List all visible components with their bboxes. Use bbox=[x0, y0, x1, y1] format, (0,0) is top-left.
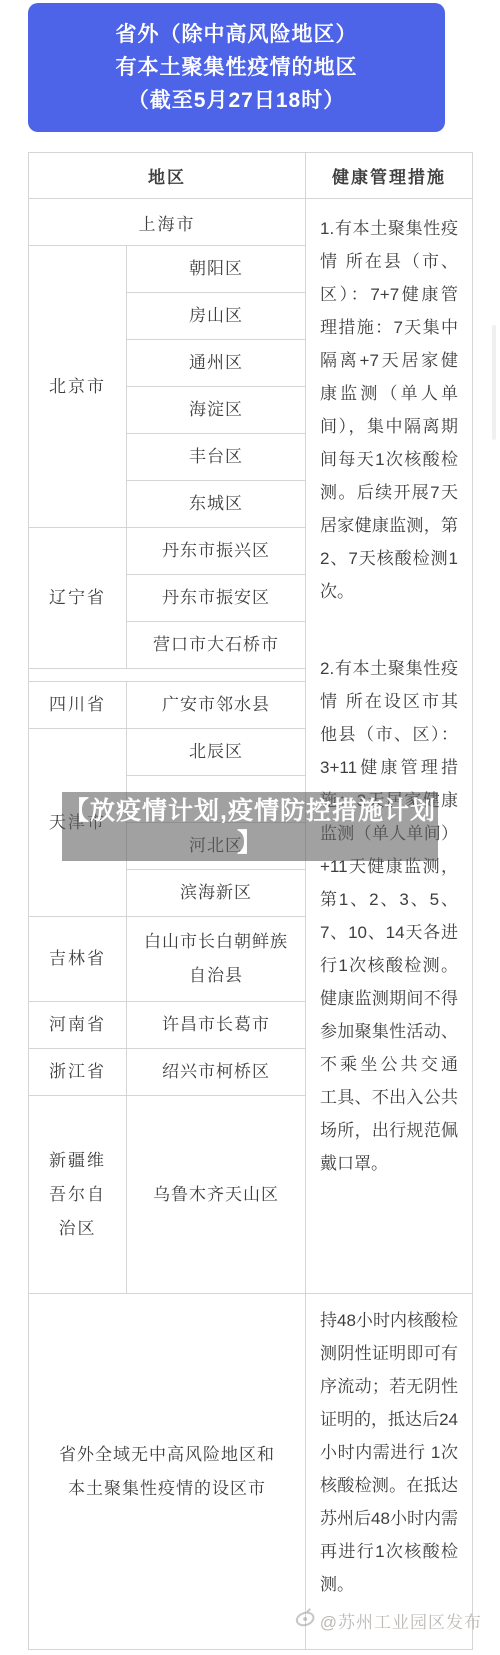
city-cell: 丹东市振安区 bbox=[127, 575, 305, 622]
province-group-zhejiang: 浙江省 绍兴市柯桥区 bbox=[29, 1049, 305, 1096]
table-header-row: 地区 健康管理措施 bbox=[29, 153, 472, 199]
province-cell: 辽宁省 bbox=[29, 528, 127, 668]
source-watermark-text: @苏州工业园区发布 bbox=[320, 1608, 482, 1633]
region-column: 上海市 北京市 朝阳区 房山区 通州区 海淀区 丰台区 东城区 辽宁省 bbox=[29, 199, 306, 1649]
measure-paragraph-1: 1.有本土聚集性疫情 所在县（市、区）：7+7健康管理措施：7天集中隔离+7天居… bbox=[320, 212, 458, 608]
province-cell: 吉林省 bbox=[29, 917, 127, 1001]
column-header-measures: 健康管理措施 bbox=[306, 153, 472, 198]
city-cell: 丰台区 bbox=[127, 434, 305, 481]
measures-column: 1.有本土聚集性疫情 所在县（市、区）：7+7健康管理措施：7天集中隔离+7天居… bbox=[306, 199, 472, 1649]
province-group-jilin: 吉林省 白山市长白朝鲜族自治县 bbox=[29, 917, 305, 1002]
province-cell: 四川省 bbox=[29, 682, 127, 728]
city-cell: 绍兴市柯桥区 bbox=[127, 1049, 305, 1095]
city-cell: 房山区 bbox=[127, 293, 305, 340]
scrollbar-thumb[interactable] bbox=[492, 325, 496, 440]
title-line-1: 省外（除中高风险地区） bbox=[116, 18, 358, 51]
province-cell: 浙江省 bbox=[29, 1049, 127, 1095]
province-cell: 河南省 bbox=[29, 1002, 127, 1048]
city-cell: 海淀区 bbox=[127, 387, 305, 434]
city-cell: 北辰区 bbox=[127, 729, 305, 776]
province-cell: 新疆维吾尔自治区 bbox=[29, 1096, 127, 1293]
city-cell: 滨海新区 bbox=[127, 870, 305, 916]
city-cell: 广安市邻水县 bbox=[127, 682, 305, 728]
city-cell: 营口市大石桥市 bbox=[127, 622, 305, 668]
province-group-liaoning: 辽宁省 丹东市振兴区 丹东市振安区 营口市大石桥市 bbox=[29, 528, 305, 669]
province-cell: 北京市 bbox=[29, 246, 127, 527]
measures-merged-cell: 1.有本土聚集性疫情 所在县（市、区）：7+7健康管理措施：7天集中隔离+7天居… bbox=[306, 199, 472, 1294]
city-cell: 朝阳区 bbox=[127, 246, 305, 293]
city-cell: 白山市长白朝鲜族自治县 bbox=[127, 917, 305, 1001]
section-divider bbox=[29, 669, 305, 682]
watermark-text-line-2: 】 bbox=[237, 827, 263, 859]
title-card: 省外（除中高风险地区） 有本土聚集性疫情的地区 （截至5月27日18时） bbox=[28, 3, 445, 132]
bottom-region-cell: 省外全域无中高风险地区和本土聚集性疫情的设区市 bbox=[29, 1294, 305, 1649]
table-body: 上海市 北京市 朝阳区 房山区 通州区 海淀区 丰台区 东城区 辽宁省 bbox=[29, 199, 472, 1649]
province-group-henan: 河南省 许昌市长葛市 bbox=[29, 1002, 305, 1049]
region-table: 地区 健康管理措施 上海市 北京市 朝阳区 房山区 通州区 海淀区 丰台区 东城… bbox=[28, 152, 473, 1650]
column-header-region: 地区 bbox=[29, 153, 306, 198]
city-cell: 乌鲁木齐天山区 bbox=[127, 1096, 305, 1293]
watermark-text-line-1: 【放疫情计划,疫情防控措施计划 bbox=[64, 795, 436, 827]
measure-paragraph-2: 2.有本土聚集性疫情 所在设区市其他县（市、区）：3+11健康管理措施：3天居家… bbox=[320, 652, 458, 1180]
table-row: 上海市 bbox=[29, 199, 305, 246]
province-group-sichuan: 四川省 广安市邻水县 bbox=[29, 682, 305, 729]
city-cell: 丹东市振兴区 bbox=[127, 528, 305, 575]
title-line-3: （截至5月27日18时） bbox=[128, 84, 345, 117]
weibo-icon bbox=[294, 1610, 316, 1632]
province-group-xinjiang: 新疆维吾尔自治区 乌鲁木齐天山区 bbox=[29, 1096, 305, 1294]
bottom-measure-cell: 持48小时内核酸检测阴性证明即可有序流动；若无阴性证明的，抵达后24小时内需进行… bbox=[306, 1294, 472, 1649]
title-line-2: 有本土聚集性疫情的地区 bbox=[116, 51, 358, 84]
city-cell: 许昌市长葛市 bbox=[127, 1002, 305, 1048]
province-group-beijing: 北京市 朝阳区 房山区 通州区 海淀区 丰台区 东城区 bbox=[29, 246, 305, 528]
city-cell: 通州区 bbox=[127, 340, 305, 387]
watermark-overlay: 【放疫情计划,疫情防控措施计划 】 bbox=[62, 792, 438, 861]
epidemic-info-table: 省外（除中高风险地区） 有本土聚集性疫情的地区 （截至5月27日18时） 地区 … bbox=[0, 0, 500, 1655]
city-cell: 东城区 bbox=[127, 481, 305, 527]
source-watermark: @苏州工业园区发布 bbox=[294, 1608, 482, 1633]
